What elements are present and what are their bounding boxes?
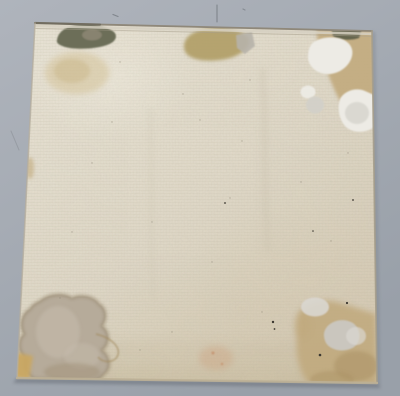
speck-dot — [199, 119, 200, 120]
stain-tan-bottom-right-left-wisp — [294, 314, 310, 338]
speck-dot — [211, 261, 212, 262]
speck-dot — [119, 61, 120, 62]
dark-mark — [312, 230, 314, 232]
dark-mark — [346, 302, 348, 304]
speck-dot — [139, 349, 140, 350]
dark-mark — [319, 354, 322, 357]
plaster-chip-right-lower-shading — [345, 102, 369, 124]
speck-dot — [241, 140, 242, 141]
speck-dot — [71, 231, 72, 232]
speck-dot — [347, 152, 348, 153]
stain-tan-blotch-core — [54, 59, 90, 83]
plaster-chip-bottom-right-top — [301, 298, 329, 317]
screenshot-root — [0, 0, 400, 396]
speck-dot — [261, 311, 262, 312]
speck-dot — [330, 240, 331, 241]
orange-dot — [212, 352, 215, 355]
orange-dot — [221, 363, 223, 365]
dark-mark — [274, 328, 276, 330]
orange-smudge — [199, 346, 233, 370]
dark-mark — [272, 321, 274, 323]
speck-dot — [91, 162, 92, 163]
speck-dot — [59, 297, 60, 298]
speck-dot — [151, 221, 152, 222]
speck-dot — [171, 331, 172, 332]
stain-olive-highlight — [82, 30, 102, 41]
speck-dot — [229, 197, 230, 198]
dark-mark — [224, 202, 226, 204]
plaster-chip-bottom-right-small — [346, 327, 366, 345]
speck-dot — [300, 181, 301, 182]
speck-dot — [182, 93, 183, 94]
plaster-chip-small-2 — [306, 97, 324, 114]
plaster-chip-small-1 — [301, 86, 316, 99]
speck-dot — [111, 121, 112, 122]
speck-dot — [249, 79, 250, 80]
dark-mark — [352, 199, 354, 201]
photo-of-tile-back — [0, 0, 400, 396]
tile-back — [14, 20, 400, 396]
